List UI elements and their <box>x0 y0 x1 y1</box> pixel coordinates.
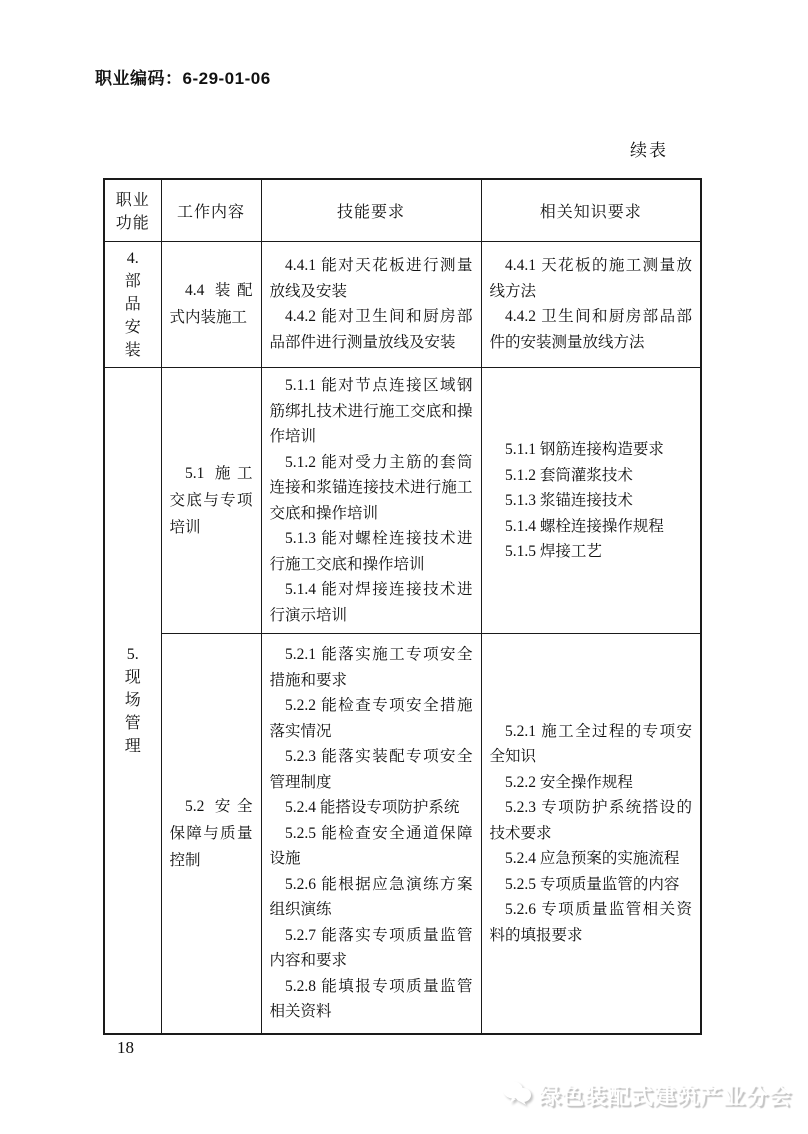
page-number: 18 <box>117 1038 134 1058</box>
work-content-text: 5.2 安全保障与质量控制 <box>170 793 253 874</box>
knowledge-item: 5.1.2 套筒灌浆技术 <box>490 463 693 489</box>
skill-item: 5.2.5 能检查安全通道保障设施 <box>270 821 473 872</box>
skill-requirements-cell-5-2: 5.2.1 能落实施工专项安全措施和要求 5.2.2 能检查专项安全措施落实情况… <box>261 634 481 1034</box>
skill-requirements-cell-4-4: 4.4.1 能对天花板进行测量放线及安装 4.4.2 能对卫生间和厨房部品部件进… <box>261 241 481 368</box>
function-cell-4-component-installation: 4. 部 品 安 装 <box>104 241 161 368</box>
continued-table-label: 续表 <box>103 136 700 161</box>
skill-item: 5.2.1 能落实施工专项安全措施和要求 <box>270 642 473 693</box>
skill-item: 4.4.2 能对卫生间和厨房部品部件进行测量放线及安装 <box>270 304 473 355</box>
wechat-logo-icon <box>502 1080 532 1111</box>
document-page: 职业编码：6-29-01-06 续表 职业 功能 工作内容 技能要求 相关知识要… <box>0 0 808 1134</box>
skill-item: 5.2.3 能落实装配专项安全管理制度 <box>270 744 473 795</box>
knowledge-item: 4.4.2 卫生间和厨房部品部件的安装测量放线方法 <box>490 304 693 355</box>
col-header-knowledge-requirements: 相关知识要求 <box>481 179 701 241</box>
knowledge-item: 5.2.4 应急预案的实施流程 <box>490 846 693 872</box>
skill-item: 5.1.4 能对焊接连接技术进行演示培训 <box>270 577 473 628</box>
knowledge-item: 5.1.4 螺栓连接操作规程 <box>490 514 693 540</box>
table-row: 5.2 安全保障与质量控制 5.2.1 能落实施工专项安全措施和要求 5.2.2… <box>104 634 701 1034</box>
knowledge-item: 5.2.2 安全操作规程 <box>490 770 693 796</box>
knowledge-item: 5.1.1 钢筋连接构造要求 <box>490 437 693 463</box>
table-row: 5. 现 场 管 理 5.1 施工交底与专项培训 5.1.1 能对节点连接区域钢… <box>104 368 701 634</box>
knowledge-item: 5.2.5 专项质量监管的内容 <box>490 872 693 898</box>
skill-item: 5.2.7 能落实专项质量监管内容和要求 <box>270 923 473 974</box>
work-content-cell-4-4: 4.4 装配式内装施工 <box>161 241 261 368</box>
work-content-text: 4.4 装配式内装施工 <box>170 277 253 331</box>
skill-item: 5.2.8 能填报专项质量监管相关资料 <box>270 974 473 1025</box>
function-cell-5-site-management: 5. 现 场 管 理 <box>104 368 161 1034</box>
knowledge-item: 5.2.1 施工全过程的专项安全知识 <box>490 719 693 770</box>
occupation-code-label: 职业编码：6-29-01-06 <box>95 64 271 89</box>
knowledge-requirements-cell-5-1: 5.1.1 钢筋连接构造要求 5.1.2 套筒灌浆技术 5.1.3 浆锚连接技术… <box>481 368 701 634</box>
table-row: 4. 部 品 安 装 4.4 装配式内装施工 4.4.1 能对天花板进行测量放线… <box>104 241 701 368</box>
skill-item: 5.1.3 能对螺栓连接技术进行施工交底和操作培训 <box>270 526 473 577</box>
col-header-work-content: 工作内容 <box>161 179 261 241</box>
table-header-row: 职业 功能 工作内容 技能要求 相关知识要求 <box>104 179 701 241</box>
skill-requirements-cell-5-1: 5.1.1 能对节点连接区域钢筋绑扎技术进行施工交底和操作培训 5.1.2 能对… <box>261 368 481 634</box>
knowledge-item: 5.2.6 专项质量监管相关资料的填报要求 <box>490 897 693 948</box>
knowledge-requirements-cell-5-2: 5.2.1 施工全过程的专项安全知识 5.2.2 安全操作规程 5.2.3 专项… <box>481 634 701 1034</box>
work-content-cell-5-1: 5.1 施工交底与专项培训 <box>161 368 261 634</box>
knowledge-item: 5.1.5 焊接工艺 <box>490 539 693 565</box>
skill-item: 5.2.2 能检查专项安全措施落实情况 <box>270 693 473 744</box>
skill-item: 5.1.2 能对受力主筋的套筒连接和浆锚连接技术进行施工交底和操作培训 <box>270 450 473 527</box>
knowledge-item: 5.1.3 浆锚连接技术 <box>490 488 693 514</box>
skill-item: 5.1.1 能对节点连接区域钢筋绑扎技术进行施工交底和操作培训 <box>270 373 473 450</box>
skill-requirements-table: 职业 功能 工作内容 技能要求 相关知识要求 4. 部 品 安 装 4.4 装配… <box>103 178 702 1035</box>
footer-brand-text: 绿色装配式建筑产业分会 <box>539 1080 792 1111</box>
skill-item: 4.4.1 能对天花板进行测量放线及安装 <box>270 253 473 304</box>
col-header-skill-requirements: 技能要求 <box>261 179 481 241</box>
knowledge-requirements-cell-4-4: 4.4.1 天花板的施工测量放线方法 4.4.2 卫生间和厨房部品部件的安装测量… <box>481 241 701 368</box>
work-content-text: 5.1 施工交底与专项培训 <box>170 460 253 541</box>
knowledge-item: 4.4.1 天花板的施工测量放线方法 <box>490 253 693 304</box>
work-content-cell-5-2: 5.2 安全保障与质量控制 <box>161 634 261 1034</box>
footer-brand: 绿色装配式建筑产业分会 <box>502 1080 792 1111</box>
knowledge-item: 5.2.3 专项防护系统搭设的技术要求 <box>490 795 693 846</box>
skill-item: 5.2.6 能根据应急演练方案组织演练 <box>270 872 473 923</box>
col-header-occupational-function: 职业 功能 <box>104 179 161 241</box>
skill-item: 5.2.4 能搭设专项防护系统 <box>270 795 473 821</box>
